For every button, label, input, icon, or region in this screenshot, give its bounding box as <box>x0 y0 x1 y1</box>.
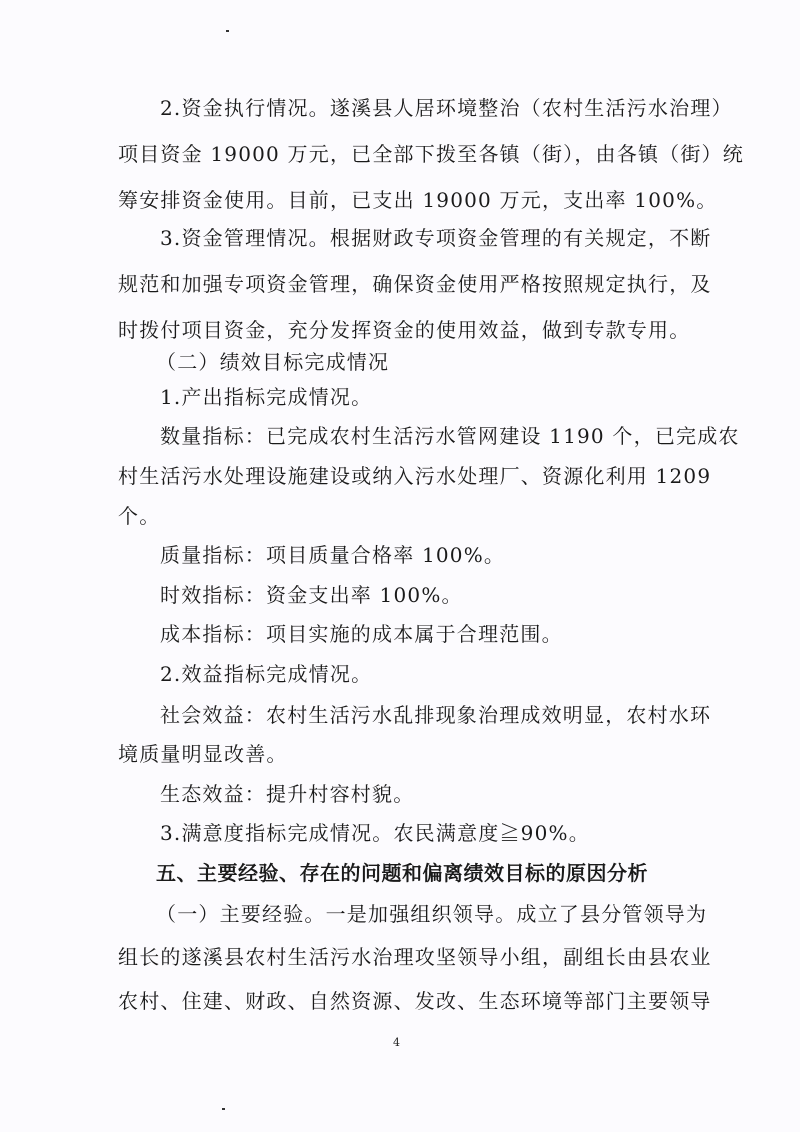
scan-speck <box>226 30 229 32</box>
text-line: 组长的遂溪县农村生活污水治理攻坚领导小组，副组长由县农业 <box>118 945 712 969</box>
page-number: 4 <box>393 1036 400 1049</box>
document-page: 4 2.资金执行情况。遂溪县人居环境整治（农村生活污水治理）项目资金 19000… <box>0 0 800 1132</box>
text-line: 质量指标：项目质量合格率 100%。 <box>160 543 505 567</box>
text-line: 数量指标：已完成农村生活污水管网建设 1190 个，已完成农 <box>160 424 740 448</box>
text-line: 农村、住建、财政、自然资源、发改、生态环境等部门主要领导 <box>118 989 712 1013</box>
text-line: 1.产出指标完成情况。 <box>160 385 372 409</box>
text-line: 时效指标：资金支出率 100%。 <box>160 583 463 607</box>
text-line: 境质量明显改善。 <box>118 742 288 766</box>
text-line: 时拨付项目资金，充分发挥资金的使用效益，做到专款专用。 <box>118 318 690 342</box>
text-line: 村生活污水处理设施建设或纳入污水处理厂、资源化利用 1209 <box>118 464 711 488</box>
text-line: 个。 <box>118 504 160 528</box>
text-line: 生态效益：提升村容村貌。 <box>160 782 414 806</box>
text-line: 3.满意度指标完成情况。农民满意度≧90%。 <box>160 821 590 845</box>
text-line: 3.资金管理情况。根据财政专项资金管理的有关规定，不断 <box>160 226 711 250</box>
text-line: （一）主要经验。一是加强组织领导。成立了县分管领导为 <box>156 902 707 926</box>
text-line: 筹安排资金使用。目前，已支出 19000 万元，支出率 100%。 <box>118 188 717 212</box>
scan-speck <box>222 1108 225 1110</box>
text-line: 项目资金 19000 万元，已全部下拨至各镇（街），由各镇（街）统 <box>118 142 744 166</box>
text-line: 2.资金执行情况。遂溪县人居环境整治（农村生活污水治理） <box>160 96 733 120</box>
section-heading: 五、主要经验、存在的问题和偏离绩效目标的原因分析 <box>156 861 648 885</box>
text-line: （二）绩效目标完成情况 <box>156 350 389 374</box>
text-line: 社会效益：农村生活污水乱排现象治理成效明显，农村水环 <box>160 703 711 727</box>
text-line: 规范和加强专项资金管理，确保资金使用严格按照规定执行，及 <box>118 272 712 296</box>
text-line: 2.效益指标完成情况。 <box>160 662 372 686</box>
text-line: 成本指标：项目实施的成本属于合理范围。 <box>160 622 563 646</box>
